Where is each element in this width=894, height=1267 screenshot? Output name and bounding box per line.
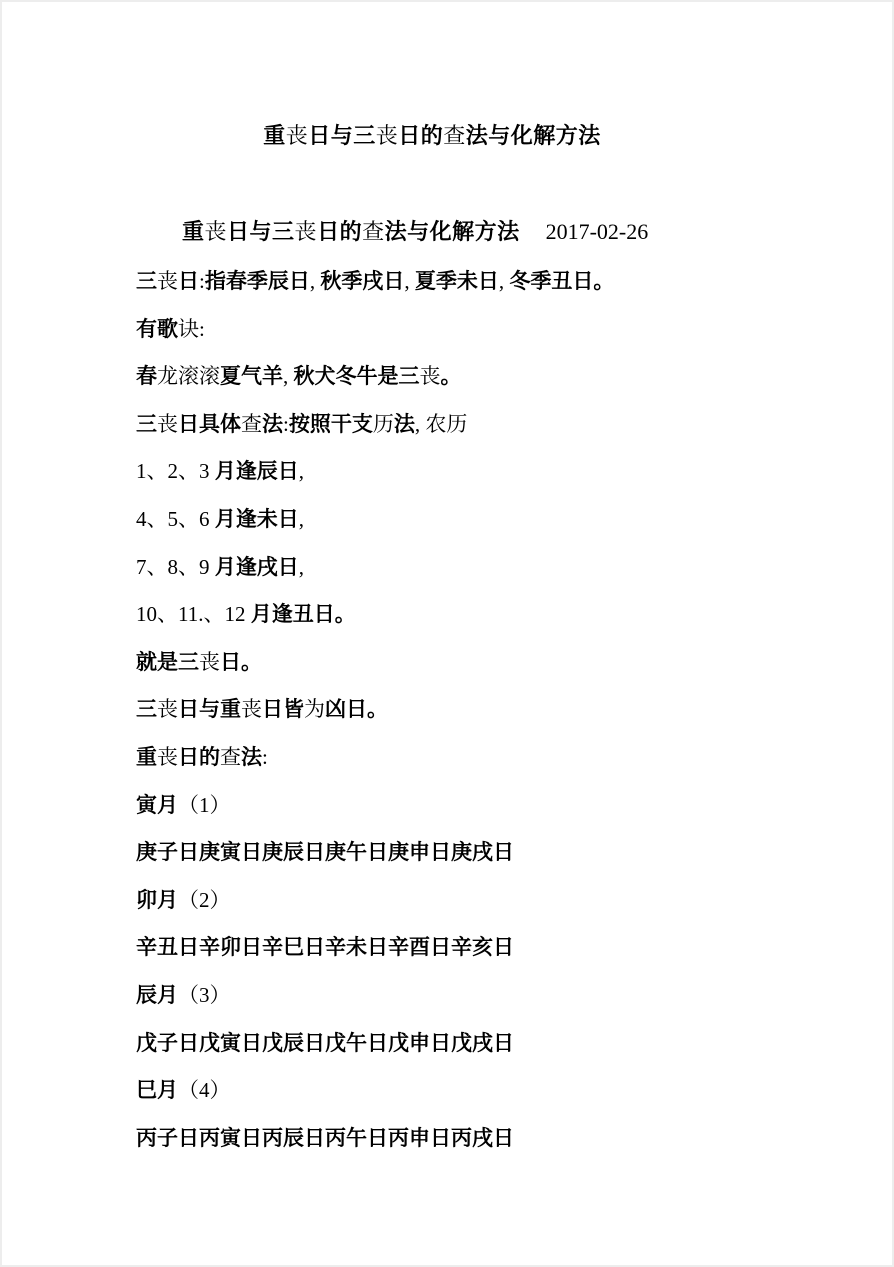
text-run: 月逢戌日 <box>215 556 299 579</box>
document-subtitle: 重丧日与三丧日的查法与化解方法 <box>182 219 520 244</box>
text-run: 法 <box>262 413 283 436</box>
text-run: 月逢丑日。 <box>251 603 356 626</box>
text-run: 法 <box>394 413 415 436</box>
paragraph: 戊子日戊寅日戊辰日戊午日戊申日戊戌日 <box>136 1020 776 1068</box>
paragraph: 巳月（4） <box>136 1067 776 1115</box>
text-run: 丧 <box>157 745 178 769</box>
paragraph: 春龙滚滚夏气羊, 秋犬冬牛是三丧。 <box>136 353 776 401</box>
paragraph: 三丧日与重丧日皆为凶日。 <box>136 686 776 734</box>
paragraph: 卯月（2） <box>136 877 776 925</box>
text-run: 有歌 <box>136 318 178 341</box>
text-run: 月逢未日 <box>215 508 299 531</box>
text-run: 诀: <box>178 317 205 341</box>
document-page: 重丧日与三丧日的查法与化解方法 重丧日与三丧日的查法与化解方法2017-02-2… <box>0 0 894 1267</box>
text-run: 查 <box>220 745 241 769</box>
text-run: 巳月 <box>136 1079 178 1102</box>
text-run: 日与三 <box>308 123 376 148</box>
text-run: 按照干支 <box>289 413 373 436</box>
text-run: 戊子日戊寅日戊辰日戊午日戊申日戊戌日 <box>136 1032 514 1055</box>
text-run: 日。 <box>220 651 262 674</box>
text-run: （4） <box>178 1078 231 1102</box>
text-run: 卯月 <box>136 889 178 912</box>
paragraph: 辛丑日辛卯日辛巳日辛未日辛酉日辛亥日 <box>136 924 776 972</box>
text-run: 重 <box>136 746 157 769</box>
text-run: 4、5、6 <box>136 507 215 531</box>
text-run: , <box>499 269 510 293</box>
paragraph: 三丧日:指春季辰日, 秋季戌日, 夏季未日, 冬季丑日。 <box>136 258 776 306</box>
text-run: 日皆 <box>262 698 304 721</box>
text-run: 月逢辰日 <box>215 460 299 483</box>
text-run: （2） <box>178 888 231 912</box>
text-run: 三 <box>136 698 157 721</box>
text-run: （1） <box>178 793 231 817</box>
text-run: 就是三 <box>136 651 199 674</box>
text-run: 查 <box>241 412 262 436</box>
paragraph: 1、2、3 月逢辰日, <box>136 448 776 496</box>
document-title: 重丧日与三丧日的查法与化解方法 <box>2 123 862 149</box>
text-run: 春 <box>136 365 157 388</box>
text-run: 寅月 <box>136 794 178 817</box>
text-run: 丙子日丙寅日丙辰日丙午日丙申日丙戌日 <box>136 1127 514 1150</box>
text-run: 丧 <box>241 697 262 721</box>
document-date: 2017-02-26 <box>546 219 649 244</box>
text-run: （3） <box>178 983 231 1007</box>
text-run: 10、11.、12 <box>136 602 251 626</box>
text-run: 丧 <box>157 412 178 436</box>
paragraph: 三丧日具体查法:按照干支历法, 农历 <box>136 401 776 449</box>
text-run: 7、8、9 <box>136 555 215 579</box>
text-run: , 农历 <box>415 412 468 436</box>
text-run: 日的 <box>178 746 220 769</box>
text-run: 法与化解方法 <box>466 123 601 148</box>
text-run: 法与化解方法 <box>385 219 520 244</box>
text-run: , <box>310 269 321 293</box>
paragraph: 就是三丧日。 <box>136 639 776 687</box>
text-run: 丧 <box>420 364 441 388</box>
text-run: 丧 <box>295 219 318 244</box>
text-run: 庚子日庚寅日庚辰日庚午日庚申日庚戌日 <box>136 841 514 864</box>
text-run: 丧 <box>157 697 178 721</box>
text-run: 法 <box>241 746 262 769</box>
paragraph: 4、5、6 月逢未日, <box>136 496 776 544</box>
text-run: 指春季辰日 <box>205 270 310 293</box>
text-run: 辰月 <box>136 984 178 1007</box>
text-run: 日与重 <box>178 698 241 721</box>
text-run: 秋季戌日 <box>320 270 404 293</box>
text-run: 冬季丑日。 <box>509 270 614 293</box>
text-run: 三 <box>136 413 157 436</box>
text-run: 丧 <box>199 650 220 674</box>
text-run: 夏气羊 <box>220 365 283 388</box>
text-run: 夏季未日 <box>415 270 499 293</box>
text-run: 为 <box>304 697 325 721</box>
text-run: 丧 <box>286 123 309 148</box>
text-run: 三 <box>136 270 157 293</box>
text-run: 1、2、3 <box>136 459 215 483</box>
text-run: 丧 <box>157 269 178 293</box>
text-run: 秋犬冬牛是三 <box>294 365 420 388</box>
document-body: 三丧日:指春季辰日, 秋季戌日, 夏季未日, 冬季丑日。有歌诀:春龙滚滚夏气羊,… <box>136 258 776 1162</box>
paragraph: 重丧日的查法: <box>136 734 776 782</box>
text-run: 辛丑日辛卯日辛巳日辛未日辛酉日辛亥日 <box>136 936 514 959</box>
text-run: 凶日。 <box>325 698 388 721</box>
paragraph: 辰月（3） <box>136 972 776 1020</box>
paragraph: 10、11.、12 月逢丑日。 <box>136 591 776 639</box>
text-run: , <box>299 555 304 579</box>
text-run: 丧 <box>376 123 399 148</box>
text-run: , <box>283 364 294 388</box>
text-run: 重 <box>263 123 286 148</box>
text-run: 。 <box>441 365 462 388</box>
text-run: 历 <box>373 412 394 436</box>
text-run: , <box>404 269 415 293</box>
text-run: 日的 <box>317 219 362 244</box>
text-run: 查 <box>443 123 466 148</box>
text-run: , <box>299 459 304 483</box>
text-run: 龙滚滚 <box>157 364 220 388</box>
text-run: 日 <box>178 270 199 293</box>
text-run: : <box>262 745 268 769</box>
paragraph: 寅月（1） <box>136 782 776 830</box>
text-run: , <box>299 507 304 531</box>
paragraph: 有歌诀: <box>136 306 776 354</box>
text-run: 查 <box>362 219 385 244</box>
text-run: 日具体 <box>178 413 241 436</box>
text-run: 日与三 <box>227 219 295 244</box>
text-run: 日的 <box>398 123 443 148</box>
text-run: 丧 <box>205 219 228 244</box>
document-subtitle-row: 重丧日与三丧日的查法与化解方法2017-02-26 <box>182 219 648 245</box>
paragraph: 庚子日庚寅日庚辰日庚午日庚申日庚戌日 <box>136 829 776 877</box>
paragraph: 丙子日丙寅日丙辰日丙午日丙申日丙戌日 <box>136 1115 776 1163</box>
paragraph: 7、8、9 月逢戌日, <box>136 544 776 592</box>
text-run: 重 <box>182 219 205 244</box>
